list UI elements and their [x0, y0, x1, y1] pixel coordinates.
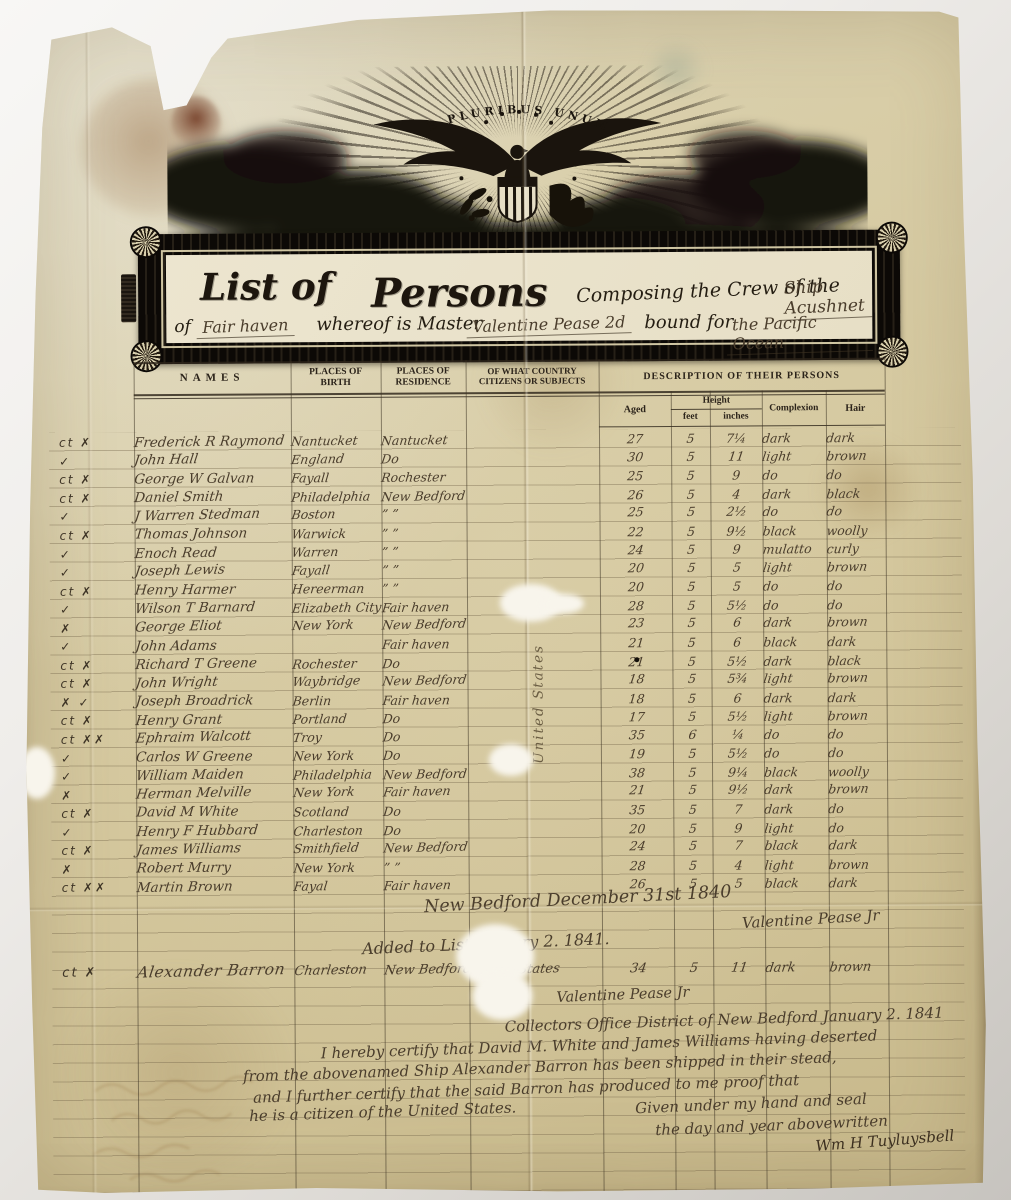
bound-for-label: bound for — [644, 312, 733, 334]
crew-hair: dark — [825, 431, 885, 444]
crew-hair: do — [827, 727, 888, 741]
crew-height-inches: 7 — [712, 839, 766, 853]
margin-marks: ✗ — [40, 863, 137, 876]
crew-birthplace: New York — [292, 785, 384, 800]
crew-age: 21 — [600, 637, 673, 650]
crew-name: John Wright — [135, 674, 294, 691]
crew-complexion: black — [764, 839, 830, 853]
crew-hair: dark — [828, 876, 888, 889]
crew-name: John Adams — [135, 639, 293, 654]
crew-height-inches: 9½ — [711, 783, 765, 797]
crew-birthplace: Waybridge — [292, 674, 384, 689]
crew-age: 26 — [599, 488, 672, 502]
crew-hair: brown — [827, 783, 888, 797]
margin-marks: ct ✗✗ — [39, 733, 136, 746]
crew-age: 24 — [601, 839, 675, 853]
crew-height-feet: 5 — [671, 488, 711, 501]
crew-birthplace: Troy — [292, 730, 384, 745]
crew-hair: do — [828, 821, 888, 834]
crew-hair: brown — [828, 858, 888, 871]
margin-marks: ct ✗ — [37, 492, 134, 505]
crew-height-feet: 5 — [673, 804, 713, 817]
crew-complexion: light — [761, 449, 827, 463]
crew-height-inches: ¼ — [711, 728, 765, 742]
crew-height-inches: 5½ — [711, 748, 764, 761]
crew-residence: Nantucket — [380, 434, 466, 448]
margin-marks: ✗ ✓ — [39, 696, 136, 709]
home-port: Fair haven — [196, 315, 295, 339]
crew-country — [467, 550, 600, 552]
crew-height-inches: 6 — [711, 692, 764, 705]
margin-marks: ct ✗ — [38, 678, 135, 691]
crew-age: 25 — [599, 470, 672, 483]
crew-name: Carlos W Greene — [135, 750, 293, 765]
crew-country — [466, 456, 599, 459]
banner-panel: List of Persons Composing the Crew of th… — [166, 251, 873, 343]
crew-complexion: black — [763, 636, 828, 649]
crew-country — [467, 567, 600, 570]
header-residence: PLACES OF RESIDENCE — [381, 366, 466, 388]
crew-country — [466, 495, 599, 497]
of-label: of — [174, 317, 191, 337]
margin-marks: ct ✗ — [40, 966, 137, 980]
header-birth: PLACES OF BIRTH — [291, 367, 381, 389]
crew-age: 19 — [600, 748, 673, 761]
crew-residence: Do — [382, 749, 468, 762]
crew-hair: brown — [827, 710, 887, 723]
crew-hair: do — [826, 598, 886, 611]
crew-complexion: black — [764, 877, 829, 891]
master-label: whereof is Master — [316, 313, 482, 335]
crew-residence: Fair haven — [383, 879, 469, 893]
crew-name: George W Galvan — [134, 472, 292, 487]
crew-height-inches: 5 — [710, 561, 764, 575]
crew-age: 35 — [600, 728, 674, 742]
crew-country — [467, 532, 600, 533]
page-stack-edge — [967, 3, 990, 1191]
crew-hair: dark — [828, 838, 889, 852]
margin-marks: ✗ — [39, 789, 136, 802]
crew-birthplace: England — [290, 452, 382, 467]
crew-height-feet: 5 — [672, 784, 713, 797]
crew-age: 20 — [601, 822, 674, 836]
crew-height-feet: 6 — [672, 728, 713, 741]
crew-name: Ephraim Walcott — [135, 729, 294, 746]
crew-height-inches: 9¼ — [711, 766, 764, 779]
crew-height-feet: 5 — [671, 525, 711, 538]
crew-country — [469, 884, 602, 886]
crew-name: Wilson T Barnard — [134, 601, 293, 617]
crew-complexion: do — [763, 747, 828, 760]
paper-hole-mid — [489, 744, 533, 776]
crew-birthplace: Nantucket — [290, 434, 381, 448]
margin-marks: ✓ — [37, 455, 134, 468]
crew-hair: woolly — [826, 524, 886, 537]
crew-complexion: do — [762, 599, 827, 613]
crew-height-inches: 9½ — [710, 525, 763, 538]
crew-age: 38 — [600, 766, 673, 780]
crew-hair: dark — [827, 691, 887, 704]
crew-residence: ” ” — [381, 562, 468, 577]
crew-hair: do — [827, 747, 887, 760]
crew-residence: New Bedford — [381, 489, 467, 503]
shell-ornament-top-left — [132, 228, 160, 256]
crew-height-inches: 9 — [710, 543, 763, 556]
crew-name: Enoch Read — [134, 545, 293, 561]
crew-hair: do — [826, 504, 887, 518]
crew-country — [468, 773, 601, 775]
header-aged: Aged — [599, 404, 671, 416]
crew-complexion: do — [762, 580, 827, 593]
header-residence-line2: RESIDENCE — [381, 377, 466, 388]
crew-name: J Warren Stedman — [134, 507, 293, 524]
crew-name: John Hall — [133, 451, 292, 468]
crew-age: 17 — [600, 711, 673, 725]
crew-name: Henry Grant — [135, 712, 294, 728]
crew-residence: ” ” — [381, 582, 467, 595]
crew-height-feet: 5 — [672, 637, 712, 650]
crew-age: 28 — [601, 859, 674, 872]
crew-complexion: dark — [763, 783, 829, 797]
crew-complexion: do — [762, 469, 827, 482]
crew-residence: Rochester — [381, 471, 467, 484]
crew-name: Frederick R Raymond — [133, 434, 292, 450]
crew-height-feet: 5 — [673, 859, 713, 872]
header-birth-line1: PLACES OF — [291, 367, 381, 378]
height-underline — [671, 408, 762, 410]
crew-name: Henry F Hubbard — [136, 823, 295, 839]
shell-ornament-bottom-right — [878, 338, 906, 366]
crew-birthplace: Warren — [291, 546, 382, 560]
crew-name: Alexander Barron — [136, 961, 295, 980]
crew-height-inches: 11 — [712, 961, 766, 975]
margin-marks: ✗ — [38, 622, 135, 635]
header-inches: inches — [710, 411, 762, 422]
margin-marks: ct ✗ — [38, 529, 135, 542]
crew-name: Thomas Johnson — [134, 527, 292, 542]
crew-complexion: light — [763, 672, 829, 686]
crew-complexion: light — [764, 859, 829, 872]
crew-residence: Do — [383, 805, 469, 818]
crew-height-feet: 5 — [671, 506, 712, 519]
master-name: Valentine Pease 2d — [466, 312, 632, 338]
header-description: DESCRIPTION OF THEIR PERSONS — [599, 370, 885, 383]
crew-height-feet: 5 — [671, 581, 711, 594]
crew-height-feet: 5 — [671, 599, 711, 612]
header-country: OF WHAT COUNTRY CITIZENS OR SUBJECTS — [466, 365, 599, 386]
crew-list-document: E PLURIBUS UNUM List of Persons Composin… — [20, 3, 990, 1197]
crew-age: 20 — [599, 561, 673, 575]
crew-country — [466, 477, 599, 478]
eagle-vignette: E PLURIBUS UNUM — [167, 64, 868, 240]
crew-residence: New Bedford — [382, 768, 468, 782]
crew-birthplace: Charleston — [293, 824, 384, 838]
title-banner: List of Persons Composing the Crew of th… — [138, 230, 901, 365]
crew-hair: curly — [826, 543, 886, 556]
margin-marks: ✓ — [38, 548, 135, 561]
crew-residence: New Bedford — [381, 618, 468, 633]
crew-name: George Eliot — [134, 618, 293, 635]
crew-height-feet: 5 — [671, 544, 711, 557]
crew-country — [468, 810, 601, 811]
margin-marks: ✓ — [37, 511, 134, 524]
crew-birthplace: Rochester — [292, 657, 383, 671]
crew-height-feet: 5 — [671, 617, 712, 630]
header-country-line2: CITIZENS OR SUBJECTS — [466, 376, 599, 387]
crew-hair: dark — [827, 636, 887, 649]
crew-age: 18 — [600, 693, 673, 706]
crew-height-inches: 5½ — [710, 599, 763, 612]
seal-tab — [121, 274, 136, 322]
crew-birthplace: Berlin — [292, 694, 383, 707]
crew-height-inches: 2½ — [710, 505, 764, 519]
crew-birthplace: Boston — [291, 507, 383, 522]
destination: the Pacific Ocean — [726, 311, 873, 356]
crew-height-inches: 7 — [712, 803, 765, 816]
header-hair: Hair — [826, 403, 885, 415]
crew-name: James Williams — [136, 840, 295, 857]
crew-age: 23 — [599, 617, 673, 631]
crew-residence: ” ” — [383, 861, 469, 874]
crew-age: 21 — [600, 784, 674, 798]
margin-marks: ct ✗ — [37, 474, 134, 487]
crew-name: Daniel Smith — [134, 490, 293, 506]
crew-residence: Fair haven — [382, 638, 468, 651]
crew-hair: do — [826, 469, 886, 482]
margin-marks: ct ✗ — [37, 437, 134, 450]
crew-country — [466, 512, 599, 515]
crew-height-feet: 5 — [673, 961, 714, 975]
photo-of-document: E PLURIBUS UNUM List of Persons Composin… — [0, 0, 1011, 1200]
crew-age: 20 — [599, 581, 672, 594]
crew-birthplace — [292, 645, 382, 646]
crew-birthplace: Philadelphia — [291, 490, 382, 504]
crew-name: Richard T Greene — [135, 657, 294, 673]
margin-marks: ✓ — [38, 566, 135, 579]
crew-residence: New Bedford — [382, 674, 469, 689]
crew-birthplace: New York — [291, 618, 383, 633]
crew-rows: ct ✗ Frederick R Raymond Nantucket Nantu… — [37, 428, 966, 897]
crew-birthplace: Elizabeth City — [291, 601, 382, 615]
crew-complexion: mulatto — [762, 543, 827, 557]
crew-height-inches: 4 — [712, 859, 765, 872]
crew-name: Martin Brown — [136, 879, 295, 895]
crew-country — [469, 866, 602, 867]
crew-birthplace: New York — [292, 750, 383, 763]
crew-age: 28 — [599, 600, 672, 614]
crew-height-feet: 5 — [673, 822, 713, 835]
crew-country — [468, 828, 601, 830]
crew-birthplace: Warwick — [291, 527, 382, 540]
crew-hair: woolly — [827, 765, 887, 778]
crew-residence: Fair haven — [382, 785, 469, 800]
crew-age: 22 — [599, 526, 672, 539]
crew-residence: ” ” — [381, 545, 467, 559]
crew-name: Herman Melville — [135, 785, 294, 802]
crew-complexion: black — [762, 525, 827, 538]
crew-country — [468, 846, 601, 849]
title-list-of: List of — [200, 264, 332, 309]
crew-birthplace: Charleston — [293, 963, 385, 978]
header-feet: feet — [671, 412, 710, 423]
crew-hair: black — [826, 487, 886, 500]
crew-hair: brown — [828, 960, 889, 974]
crew-residence: Fair haven — [382, 694, 468, 707]
crew-birthplace: Fayall — [291, 472, 382, 485]
crew-birthplace: Hereerman — [291, 583, 382, 596]
crew-name: Joseph Lewis — [134, 562, 293, 579]
crew-name: Joseph Broadrick — [135, 694, 293, 709]
crew-complexion: do — [763, 727, 829, 741]
paper-hole-left-edge — [19, 747, 55, 799]
crew-hair: brown — [826, 616, 887, 630]
crew-name: Henry Harmer — [134, 583, 292, 598]
crew-height-feet: 5 — [672, 655, 712, 668]
header-height: Height — [671, 395, 762, 406]
crew-height-feet: 5 — [673, 839, 714, 852]
crew-age: 24 — [599, 544, 672, 558]
crew-country — [467, 623, 600, 626]
crew-birthplace: New York — [293, 861, 384, 874]
header-residence-line1: PLACES OF — [381, 366, 466, 377]
crew-complexion: dark — [764, 803, 829, 816]
crew-residence: Fair haven — [381, 601, 467, 615]
country-vertical-note: United States — [530, 644, 547, 764]
shell-ornament-top-right — [878, 224, 906, 252]
crew-residence: ” ” — [381, 527, 467, 540]
crew-name: Robert Murry — [136, 861, 294, 876]
crew-height-inches: 6 — [710, 616, 764, 630]
crew-age: 27 — [598, 433, 671, 447]
crew-hair: black — [827, 654, 887, 667]
crew-birthplace: Philadelphia — [292, 768, 383, 782]
header-complexion: Complexion — [762, 403, 826, 414]
shield-icon — [498, 178, 536, 222]
margin-marks: ✓ — [38, 603, 135, 616]
crew-birthplace: Smithfield — [293, 841, 385, 856]
crew-height-feet: 5 — [672, 711, 712, 724]
crew-complexion: do — [762, 505, 828, 519]
crew-residence: New Bedford — [383, 841, 470, 856]
crew-height-feet: 5 — [672, 673, 713, 686]
crew-age: 25 — [599, 506, 673, 520]
crew-birthplace: Fayall — [291, 563, 383, 578]
margin-marks: ct ✗ — [39, 807, 136, 820]
crew-height-inches: 5½ — [711, 710, 764, 723]
crew-age: 34 — [601, 961, 675, 976]
crew-height-feet: 5 — [672, 692, 712, 705]
margin-marks: ct ✗ — [38, 659, 135, 672]
crew-complexion: light — [762, 560, 828, 574]
crew-height-feet: 5 — [672, 766, 712, 779]
crew-complexion: dark — [762, 616, 828, 630]
crew-complexion: dark — [761, 432, 826, 446]
crew-complexion: black — [763, 766, 828, 780]
crew-age: 35 — [601, 804, 674, 817]
crew-height-inches: 4 — [710, 488, 763, 501]
crew-birthplace: Scotland — [293, 806, 384, 819]
crew-name: David M White — [136, 805, 294, 820]
margin-marks: ct ✗✗ — [40, 882, 137, 895]
crew-height-feet: 5 — [670, 450, 711, 463]
crew-residence: Do — [382, 729, 469, 744]
ink-speck — [634, 657, 639, 662]
crew-residence: Do — [383, 823, 469, 837]
crew-complexion: dark — [763, 654, 828, 668]
margin-marks: ✓ — [38, 641, 135, 654]
crew-hair: brown — [827, 671, 888, 685]
header-birth-line2: BIRTH — [291, 378, 381, 389]
crew-height-inches: 9 — [710, 469, 763, 482]
crew-complexion: dark — [763, 692, 828, 705]
crew-hair: brown — [825, 449, 886, 463]
crew-height-inches: 5 — [710, 581, 763, 594]
margin-marks: ct ✗ — [38, 585, 135, 598]
crew-height-inches: 6 — [711, 636, 764, 649]
shell-ornament-bottom-left — [132, 342, 160, 370]
crew-height-feet: 5 — [672, 748, 712, 761]
crew-hair: do — [826, 580, 886, 593]
margin-marks: ct ✗ — [39, 845, 136, 858]
crew-birthplace: Portland — [292, 712, 383, 726]
crew-height-feet: 5 — [671, 561, 712, 574]
crew-complexion: dark — [764, 960, 830, 975]
crew-residence: Do — [380, 451, 467, 466]
margin-marks: ✓ — [39, 826, 136, 839]
crew-complexion: light — [763, 710, 828, 724]
crew-residence: Do — [382, 712, 468, 726]
crew-height-inches: 5¾ — [711, 672, 765, 686]
crew-residence: ” ” — [381, 507, 468, 522]
crew-residence: Do — [382, 656, 468, 670]
margin-marks: ct ✗ — [39, 715, 136, 728]
crew-country — [468, 790, 601, 793]
crew-height-inches: 5½ — [711, 655, 764, 668]
crew-complexion: light — [764, 821, 829, 835]
crew-height-inches: 11 — [709, 450, 763, 464]
crew-name: William Maiden — [135, 768, 294, 784]
crew-birthplace: Fayal — [293, 879, 384, 893]
crew-height-feet: 5 — [671, 470, 711, 483]
crew-height-inches: 7¼ — [709, 432, 762, 445]
paper-hole-large-2 — [472, 972, 532, 1020]
crew-height-inches: 9 — [712, 822, 765, 835]
crew-age: 30 — [598, 450, 672, 464]
crew-age: 18 — [600, 672, 674, 686]
crew-height-feet: 5 — [670, 433, 710, 446]
header-names: NAMES — [134, 371, 291, 385]
crew-hair: do — [828, 803, 888, 816]
crew-complexion: dark — [762, 487, 827, 501]
crew-hair: brown — [826, 560, 887, 574]
crew-country — [466, 439, 599, 441]
